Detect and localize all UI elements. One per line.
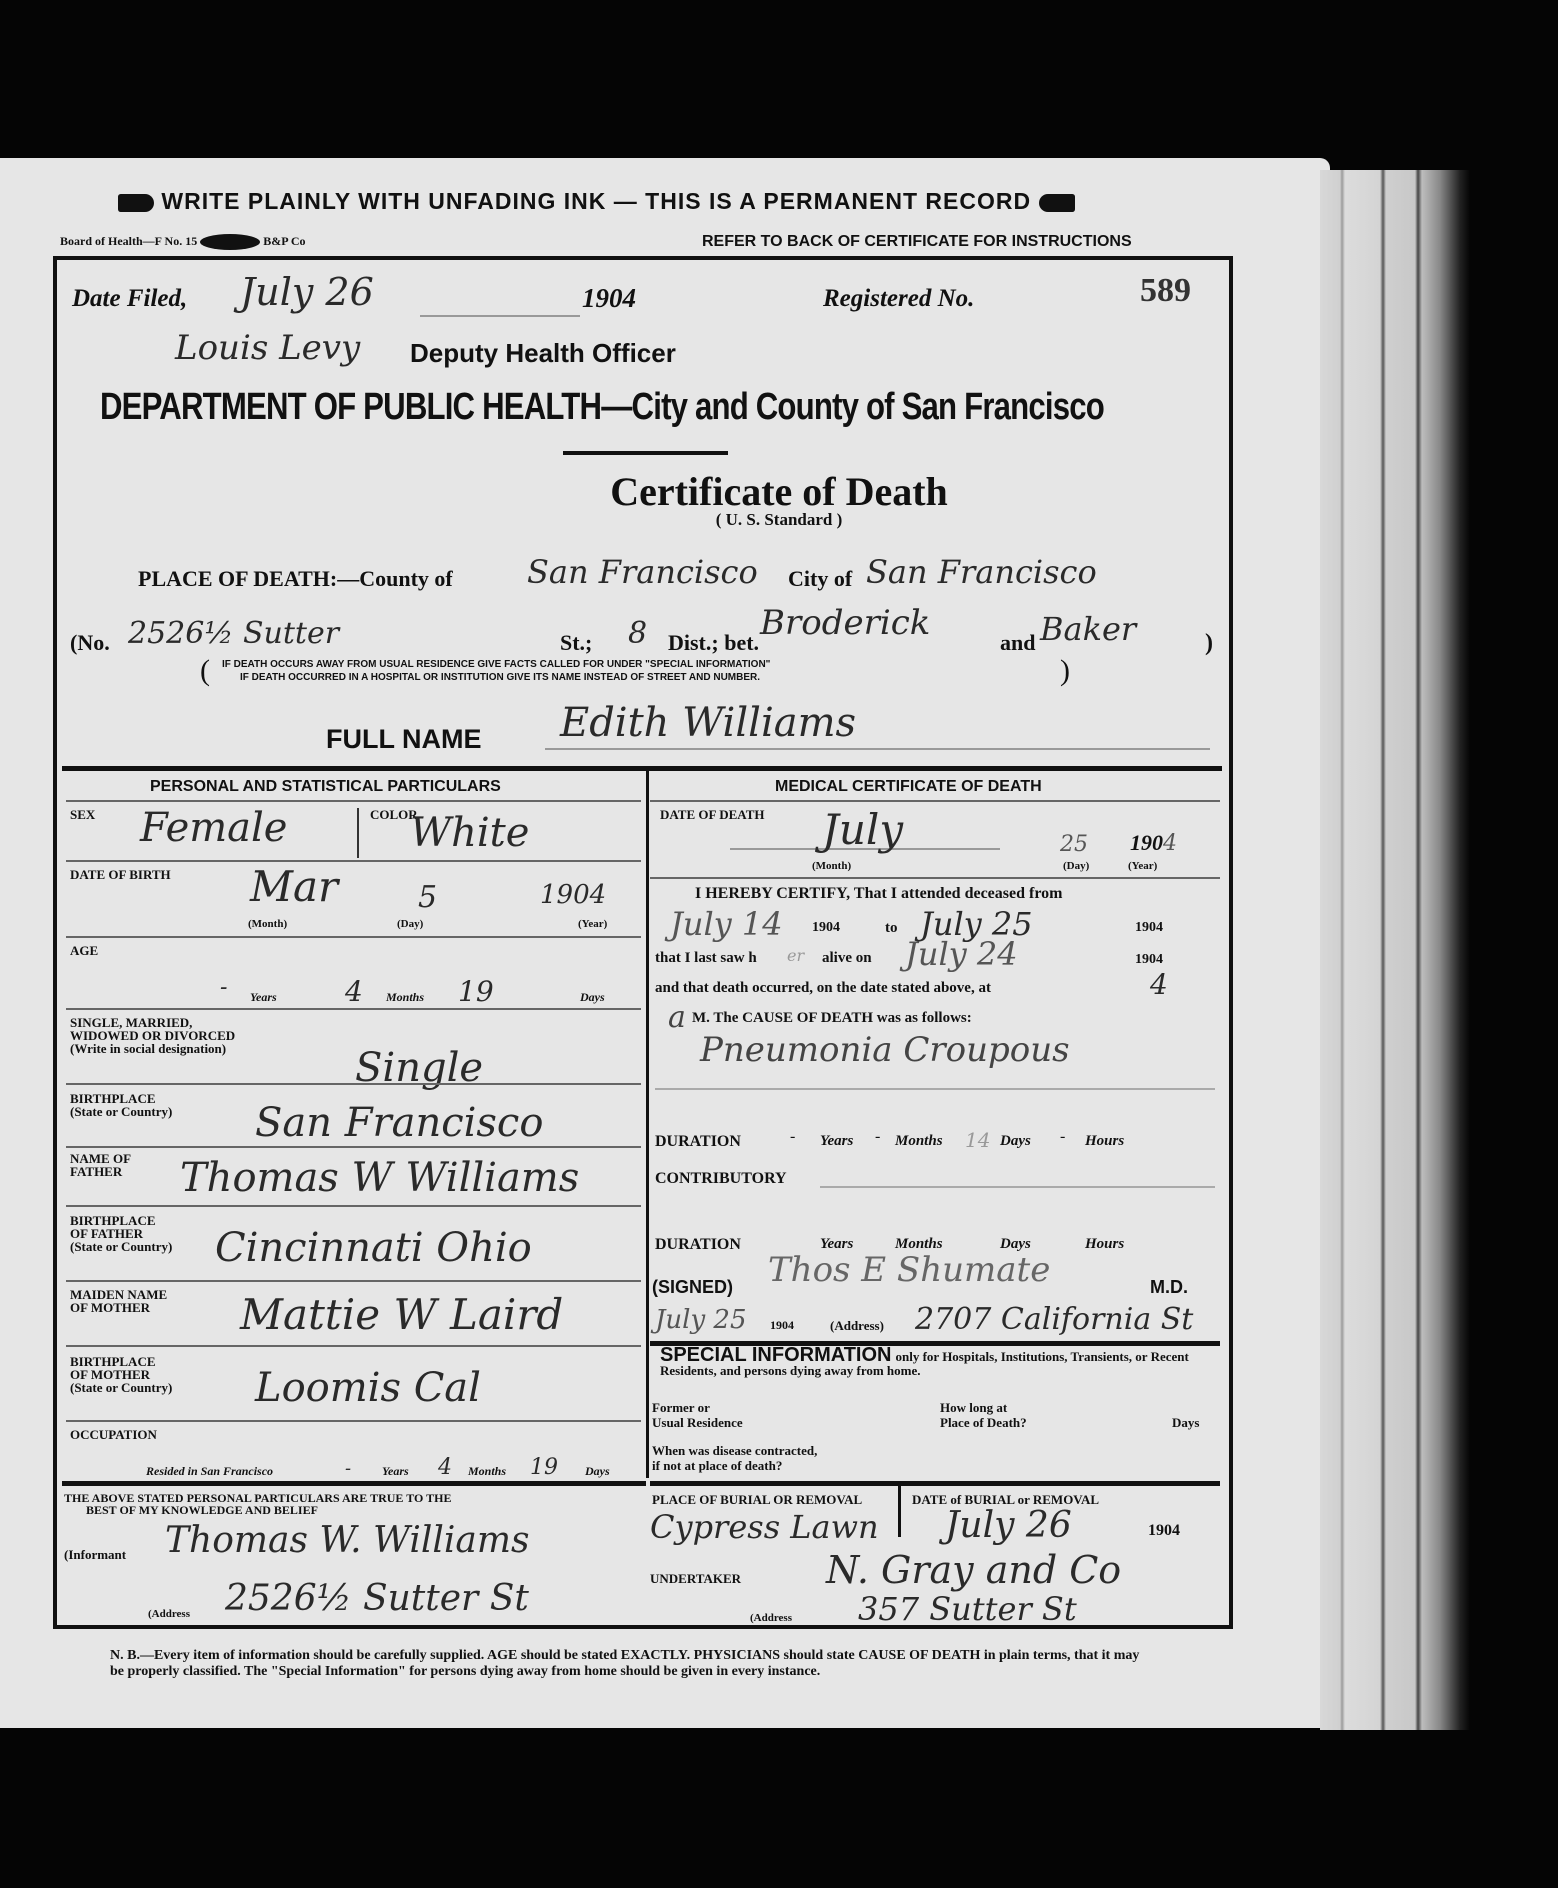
place-of-death-label: PLACE OF DEATH:—County of <box>138 566 453 592</box>
dod-day: 25 <box>1060 832 1088 857</box>
dod-year: 1904 <box>1130 830 1177 856</box>
contracted-label: When was disease contracted, if not at p… <box>652 1443 817 1473</box>
physician-signature: Thos E Shumate <box>768 1250 1050 1290</box>
meridiem: a <box>668 1000 686 1035</box>
dod-label: DATE OF DEATH <box>660 808 765 821</box>
mother-name-label: MAIDEN NAME OF MOTHER <box>70 1288 167 1314</box>
dob-month: Mar <box>250 862 338 911</box>
certificate-title: Certificate of Death <box>0 468 1558 515</box>
burial-place-label: PLACE OF BURIAL OR REMOVAL <box>652 1493 862 1506</box>
resided-days: 19 <box>530 1455 558 1480</box>
st-label: St.; <box>560 630 592 656</box>
age-label: AGE <box>70 944 98 957</box>
attended-from-year: 1904 <box>812 920 840 936</box>
father-name-label: NAME OF FATHER <box>70 1152 131 1178</box>
book-page-edges <box>1320 170 1470 1730</box>
undertaker-value: N. Gray and Co <box>826 1548 1121 1592</box>
county-value: San Francisco <box>527 553 758 591</box>
contributory-label: CONTRIBUTORY <box>655 1170 787 1188</box>
registered-label: Registered No. <box>823 285 974 313</box>
city-value: San Francisco <box>866 553 1097 591</box>
full-name-label: FULL NAME <box>326 724 482 755</box>
months-caption: Months <box>386 990 424 1005</box>
birthplace-value: San Francisco <box>255 1100 543 1146</box>
burial-place-value: Cypress Lawn <box>650 1508 879 1546</box>
nb-instructions: N. B.—Every item of information should b… <box>110 1648 1140 1680</box>
attended-to-year: 1904 <box>1135 920 1163 936</box>
age-months: 4 <box>345 975 363 1008</box>
date-filed-value: July 26 <box>240 270 374 314</box>
years-caption: Years <box>250 990 277 1005</box>
month-caption: (Month) <box>248 918 287 931</box>
registered-number: 589 <box>1140 272 1191 310</box>
medical-section-heading: MEDICAL CERTIFICATE OF DEATH <box>775 778 1042 796</box>
pointing-hand-icon <box>1039 194 1075 212</box>
district-label: Dist.; bet. <box>668 630 759 656</box>
physician-address: 2707 California St <box>915 1302 1193 1337</box>
cause-of-death: Pneumonia Croupous <box>700 1030 1070 1070</box>
resided-label: Resided in San Francisco <box>146 1464 273 1479</box>
district-value: 8 <box>628 616 647 651</box>
signed-label: (SIGNED) <box>652 1277 733 1298</box>
date-filed-label: Date Filed, <box>72 285 187 313</box>
officer-title: Deputy Health Officer <box>410 338 676 369</box>
dob-day: 5 <box>418 880 437 915</box>
burial-year: 1904 <box>1148 1522 1180 1540</box>
duration-days: 14 <box>965 1128 990 1152</box>
and-label: and <box>1000 630 1035 656</box>
full-name-value: Edith Williams <box>560 700 856 746</box>
certify-statement: I HEREBY CERTIFY, That I attended deceas… <box>695 885 1062 903</box>
refer-instructions: REFER TO BACK OF CERTIFICATE FOR INSTRUC… <box>702 233 1132 251</box>
birthplace-label: BIRTHPLACE (State or Country) <box>70 1092 172 1118</box>
informant-address-label: (Address <box>148 1608 190 1621</box>
form-number: Board of Health—F No. 15 B&P Co <box>60 234 306 250</box>
union-label-seal-icon <box>200 234 260 250</box>
resided-months: 4 <box>438 1455 452 1480</box>
officer-signature: Louis Levy <box>175 328 360 368</box>
year-caption: (Year) <box>578 918 607 931</box>
informant-label: (Informant <box>64 1548 126 1561</box>
age-years: - <box>220 975 227 1000</box>
pointing-hand-icon <box>118 194 154 212</box>
certificate-frame <box>53 256 1233 1629</box>
informant-value: Thomas W. Williams <box>165 1520 529 1561</box>
attestation: THE ABOVE STATED PERSONAL PARTICULARS AR… <box>64 1492 451 1516</box>
special-info-heading: SPECIAL INFORMATION only for Hospitals, … <box>660 1348 1220 1378</box>
duration2-label: DURATION <box>655 1236 741 1254</box>
days-caption: Days <box>580 990 605 1005</box>
former-residence-label: Former or Usual Residence <box>652 1400 743 1430</box>
cause-label: M. The CAUSE OF DEATH was as follows: <box>692 1010 972 1027</box>
how-long-label: How long at Place of Death? <box>940 1400 1027 1430</box>
divider <box>563 451 728 455</box>
last-saw-year: 1904 <box>1135 952 1163 968</box>
mother-name-value: Mattie W Laird <box>240 1290 563 1339</box>
personal-section-heading: PERSONAL AND STATISTICAL PARTICULARS <box>150 778 501 796</box>
occupation-label: OCCUPATION <box>70 1428 157 1441</box>
undertaker-address-label: (Address <box>750 1612 792 1625</box>
color-value: White <box>410 810 529 856</box>
undertaker-address-value: 357 Sutter St <box>858 1590 1077 1628</box>
mother-birthplace-label: BIRTHPLACE OF MOTHER (State or Country) <box>70 1355 172 1394</box>
sex-value: Female <box>140 805 287 851</box>
md-label: M.D. <box>1150 1277 1188 1298</box>
street-number-label: (No. <box>70 630 110 656</box>
certificate-subtitle: ( U. S. Standard ) <box>0 510 1558 530</box>
father-birthplace-label: BIRTHPLACE OF FATHER (State or Country) <box>70 1214 172 1253</box>
city-label: City of <box>788 566 852 592</box>
informant-address-value: 2526½ Sutter St <box>225 1578 529 1619</box>
sex-label: SEX <box>70 808 95 821</box>
dod-month: July <box>822 805 903 854</box>
father-birthplace-value: Cincinnati Ohio <box>215 1225 532 1271</box>
burial-date-value: July 26 <box>945 1505 1072 1546</box>
mother-birthplace-value: Loomis Cal <box>255 1365 481 1411</box>
between-street-2: Baker <box>1040 610 1136 648</box>
attended-from: July 14 <box>670 905 783 943</box>
residence-note-1: IF DEATH OCCURS AWAY FROM USUAL RESIDENC… <box>222 659 770 670</box>
age-days: 19 <box>458 975 494 1008</box>
street-value: 2526½ Sutter <box>128 616 339 651</box>
occurred-label: and that death occurred, on the date sta… <box>655 980 991 997</box>
residence-note-2: IF DEATH OCCURRED IN A HOSPITAL OR INSTI… <box>240 672 760 683</box>
duration-label: DURATION <box>655 1133 741 1151</box>
date-filed-year: 1904 <box>582 283 636 314</box>
signed-date: July 25 <box>655 1305 747 1335</box>
resided-years: - <box>345 1458 351 1479</box>
undertaker-label: UNDERTAKER <box>650 1572 741 1585</box>
father-name-value: Thomas W Williams <box>180 1155 579 1201</box>
dob-label: DATE OF BIRTH <box>70 868 171 881</box>
marital-label: SINGLE, MARRIED, WIDOWED OR DIVORCED (Wr… <box>70 1016 235 1055</box>
last-saw-date: July 24 <box>905 935 1018 973</box>
ink-banner: WRITE PLAINLY WITH UNFADING INK — THIS I… <box>118 188 1075 215</box>
between-street-1: Broderick <box>760 603 930 643</box>
day-caption: (Day) <box>397 918 423 931</box>
dob-year: 1904 <box>540 880 606 910</box>
last-saw-label: that I last saw h <box>655 950 757 967</box>
department-title: DEPARTMENT OF PUBLIC HEALTH—City and Cou… <box>100 386 1104 429</box>
death-hour: 4 <box>1150 968 1168 1001</box>
